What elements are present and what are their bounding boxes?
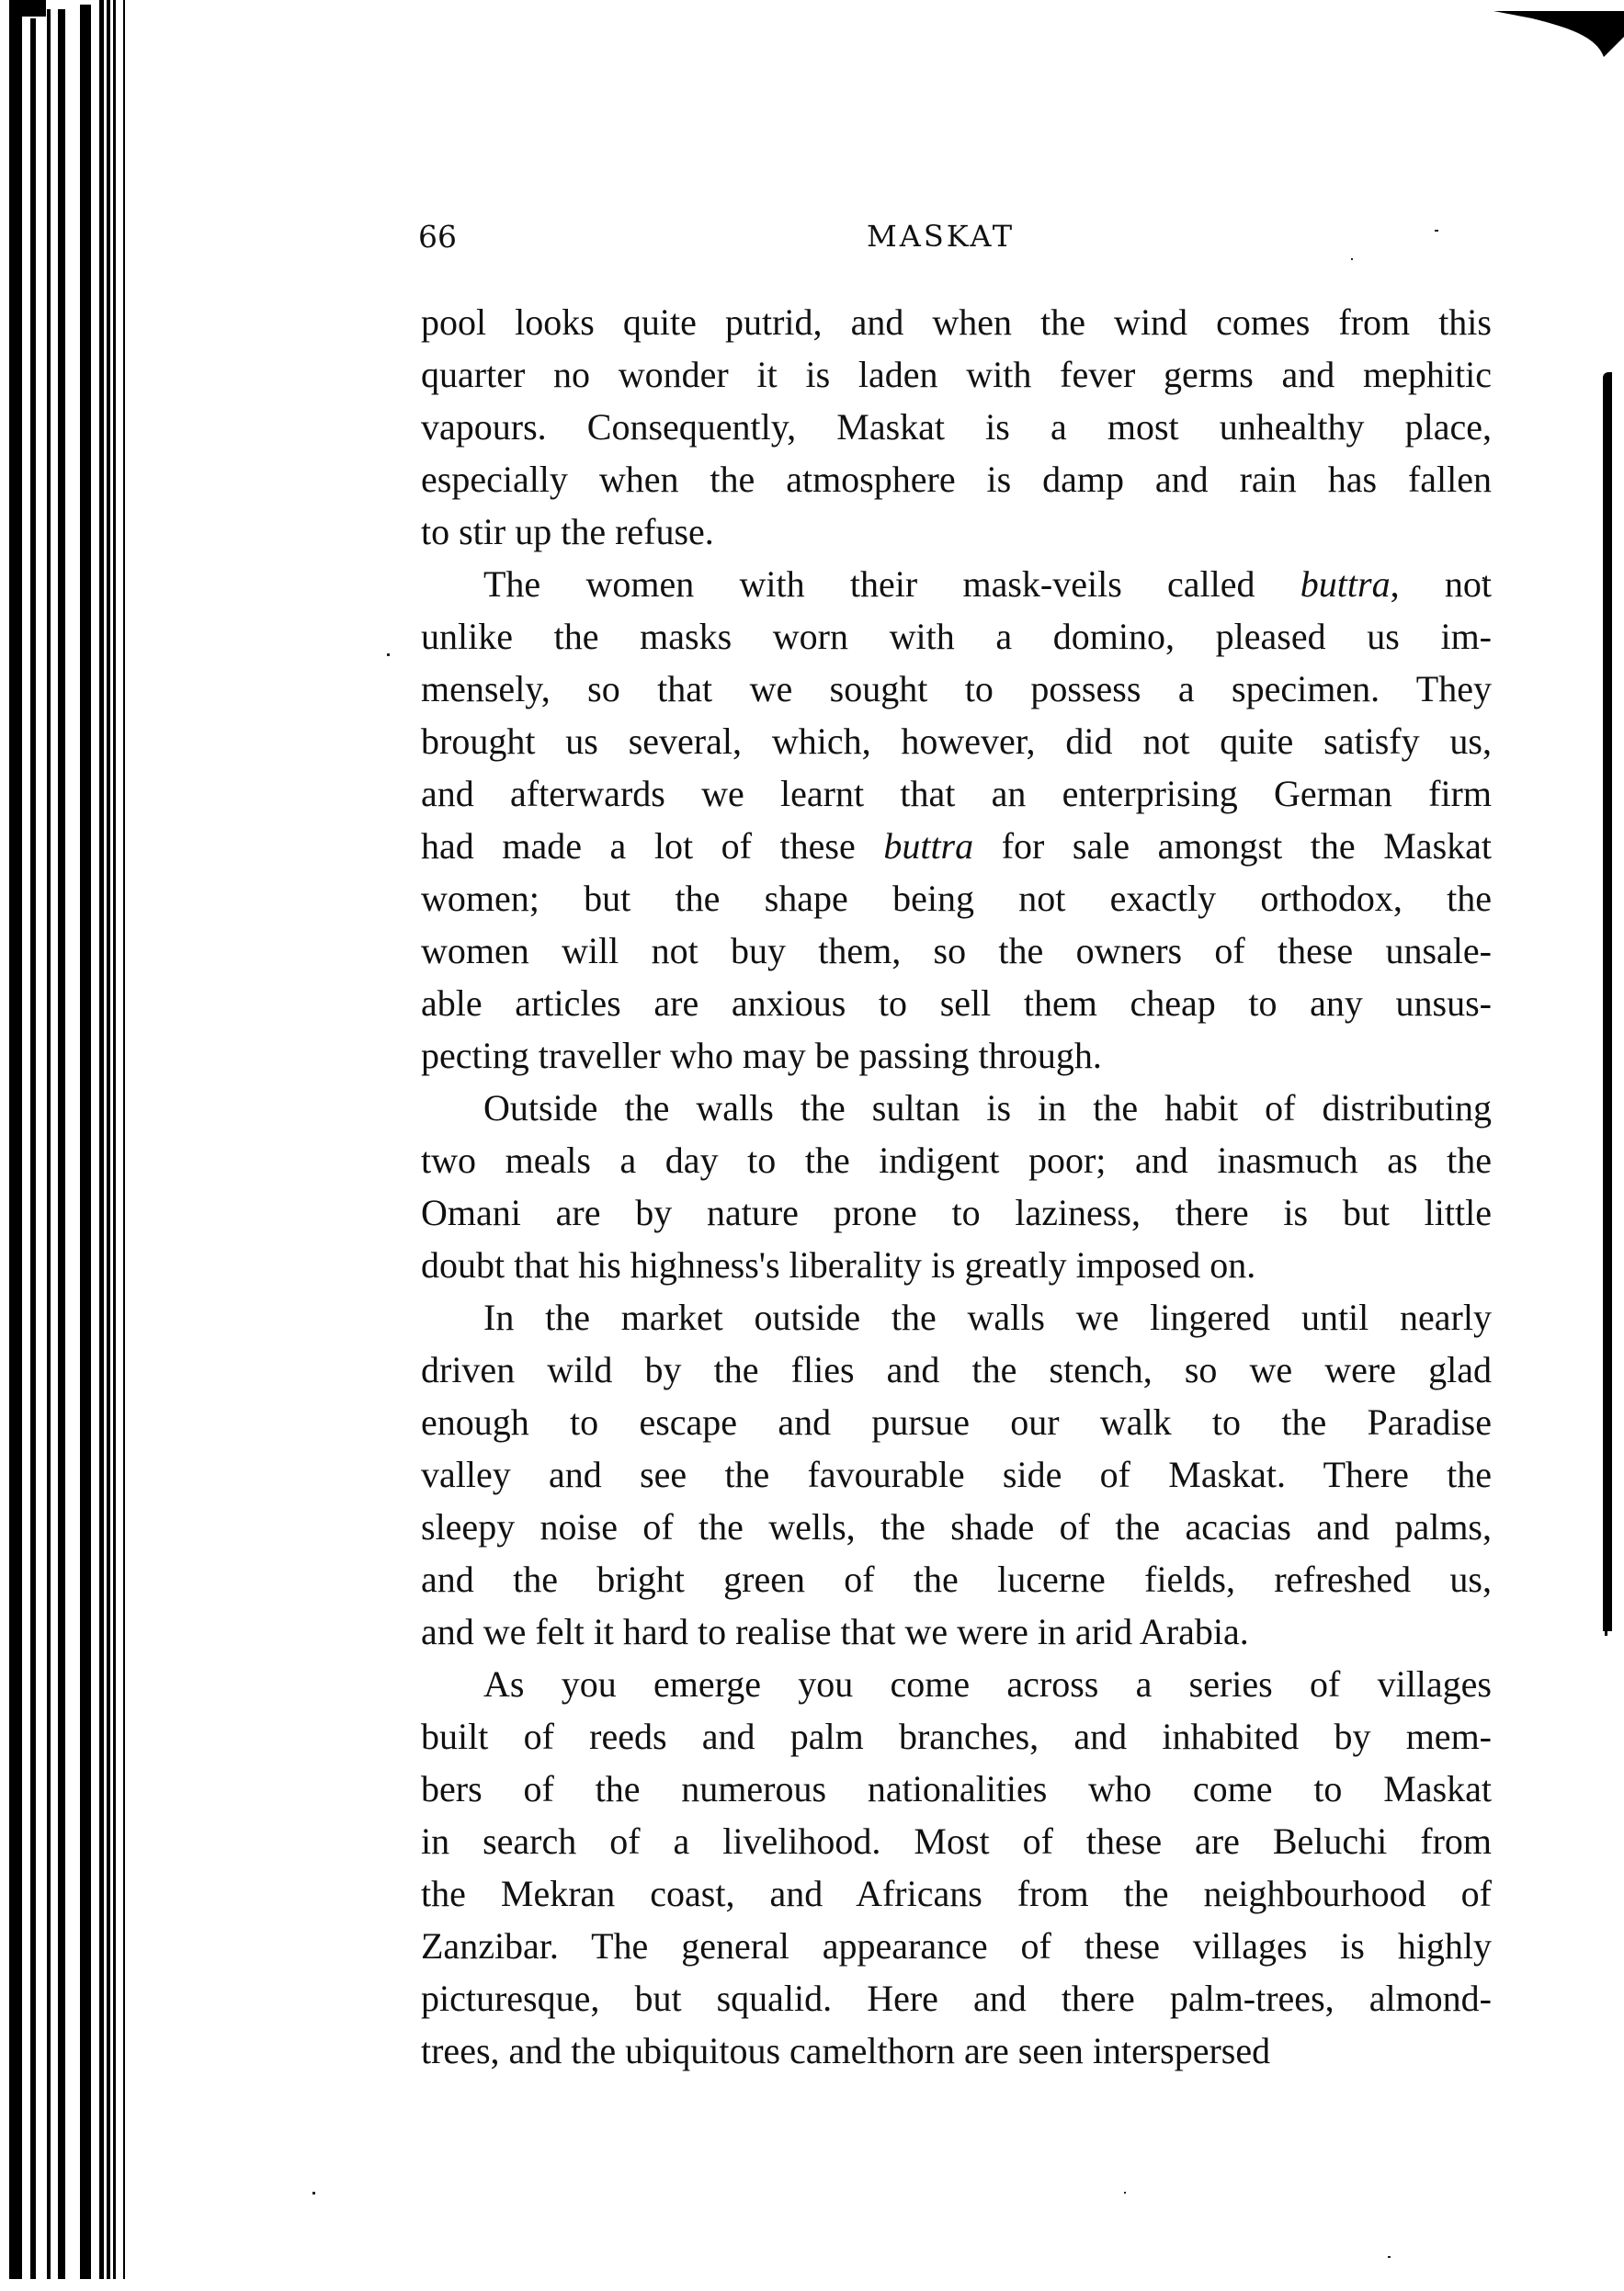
text-line: sleepy noise of the wells, the shade of … (421, 1501, 1492, 1553)
text-line: mensely, so that we sought to possess a … (421, 663, 1492, 715)
text-line: Omani are by nature prone to laziness, t… (421, 1186, 1492, 1239)
text-line: trees, and the ubiquitous camelthorn are… (421, 2024, 1492, 2077)
scanned-book-page: 66 MASKAT pool looks quite putrid, and w… (0, 0, 1624, 2291)
text-line: bers of the numerous nationalities who c… (421, 1763, 1492, 1815)
text-line: and afterwards we learnt that an enterpr… (421, 767, 1492, 820)
page-corner-fold (1468, 0, 1624, 64)
text-line: two meals a day to the indigent poor; an… (421, 1134, 1492, 1186)
italic-term: buttra (1300, 563, 1391, 605)
text-line: valley and see the favourable side of Ma… (421, 1448, 1492, 1501)
text-line: able articles are anxious to sell them c… (421, 977, 1492, 1029)
text-line: and we felt it hard to realise that we w… (421, 1605, 1492, 1658)
text-line: in search of a livelihood. Most of these… (421, 1815, 1492, 1867)
text-line: brought us several, which, however, did … (421, 715, 1492, 767)
text-line: pecting traveller who may be passing thr… (421, 1029, 1492, 1082)
text-line: women will not buy them, so the owners o… (421, 924, 1492, 977)
right-edge-line (1605, 1525, 1607, 1636)
running-title: MASKAT (867, 219, 1015, 254)
text-line: built of reeds and palm branches, and in… (421, 1710, 1492, 1763)
text-line: picturesque, but squalid. Here and there… (421, 1972, 1492, 2024)
text-line: quarter no wonder it is laden with fever… (421, 348, 1492, 401)
right-edge-shadow (1603, 372, 1612, 1631)
text-line: Outside the walls the sultan is in the h… (421, 1082, 1492, 1134)
text-line: doubt that his highness's liberality is … (421, 1239, 1492, 1291)
book-spine-edge (0, 0, 138, 2279)
text-line: As you emerge you come across a series o… (421, 1658, 1492, 1710)
text-line: In the market outside the walls we linge… (421, 1291, 1492, 1344)
text-line: especially when the atmosphere is damp a… (421, 453, 1492, 505)
text-line: to stir up the refuse. (421, 505, 1492, 558)
text-line: Zanzibar. The general appearance of thes… (421, 1920, 1492, 1972)
text-line: pool looks quite putrid, and when the wi… (421, 296, 1492, 348)
body-text: pool looks quite putrid, and when the wi… (421, 296, 1492, 2077)
text-line: had made a lot of these buttra for sale … (421, 820, 1492, 872)
text-line: women; but the shape being not exactly o… (421, 872, 1492, 924)
text-line: enough to escape and pursue our walk to … (421, 1396, 1492, 1448)
text-line: vapours. Consequently, Maskat is a most … (421, 401, 1492, 453)
running-head: 66 MASKAT (418, 219, 1489, 255)
text-line: driven wild by the flies and the stench,… (421, 1344, 1492, 1396)
text-line: the Mekran coast, and Africans from the … (421, 1867, 1492, 1920)
text-line: and the bright green of the lucerne fiel… (421, 1553, 1492, 1605)
text-line: The women with their mask-veils called b… (421, 558, 1492, 610)
italic-term: buttra (883, 825, 973, 867)
text-line: unlike the masks worn with a domino, ple… (421, 610, 1492, 663)
page-number: 66 (418, 219, 457, 255)
